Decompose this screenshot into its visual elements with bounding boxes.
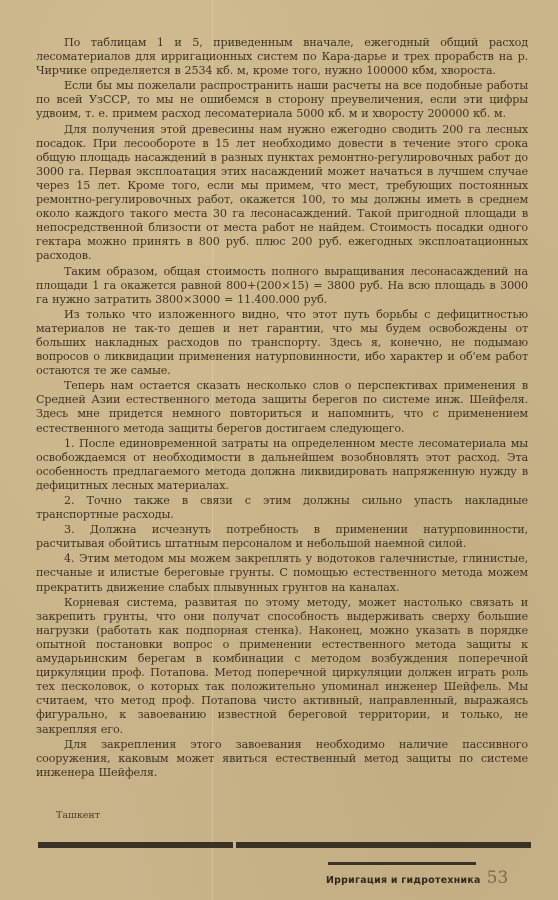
paragraph-final: Для закрепления этого завоевания необход… <box>36 738 528 780</box>
document-body: По таблицам 1 и 5, приведенным вначале, … <box>36 36 528 781</box>
paragraph-root-system: Корневая система, развитая по этому мето… <box>36 596 528 737</box>
page-number: 53 <box>487 870 509 886</box>
paragraph-natural-method-intro: Теперь нам остается сказать несколько сл… <box>36 379 528 435</box>
page-footer: Ирригация и гидротехника 53 <box>326 862 536 886</box>
list-item-2: 2. Точно также в связи с этим должны сил… <box>36 494 528 522</box>
paragraph-total-cost: Таким образом, общая стоимость полного в… <box>36 265 528 307</box>
paragraph-uzssr-estimate: Если бы мы пожелали распространить наши … <box>36 79 528 121</box>
journal-title: Ирригация и гидротехника <box>326 875 481 886</box>
section-divider-rule <box>38 842 531 848</box>
paragraph-annual-consumption: По таблицам 1 и 5, приведенным вначале, … <box>36 36 528 78</box>
footer-rule <box>328 862 476 865</box>
paragraph-forest-plantings: Для получения этой древесины нам нужно е… <box>36 123 528 264</box>
footer-row: Ирригация и гидротехника 53 <box>326 870 536 886</box>
paragraph-conclusion-deficit: Из только что изложенного видно, что это… <box>36 308 528 378</box>
list-item-4: 4. Этим методом мы можем закреплять у во… <box>36 552 528 594</box>
signature-location: Ташкент <box>56 810 100 821</box>
list-item-1: 1. После единовременной затраты на опред… <box>36 437 528 493</box>
rule-gap <box>233 842 236 848</box>
list-item-3: 3. Должна исчезнуть потребность в примен… <box>36 523 528 551</box>
